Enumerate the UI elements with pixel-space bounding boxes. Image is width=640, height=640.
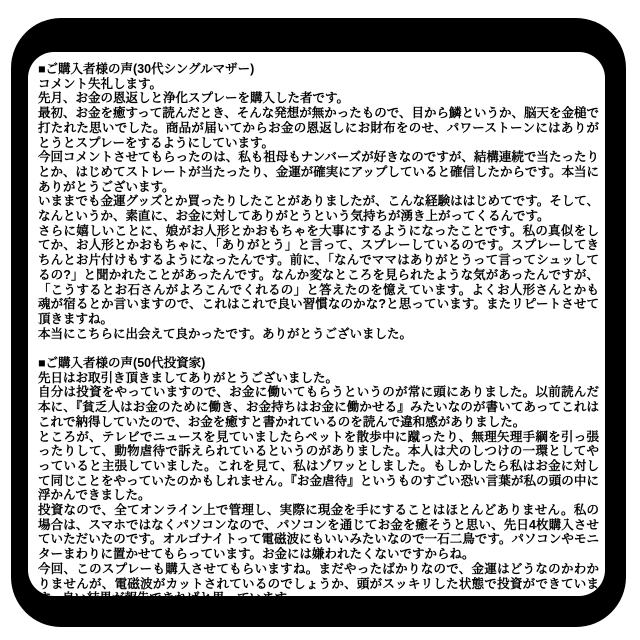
testimonial-section-single-mother: ■ご購入者様の声(30代シングルマザー) コメント失礼します。 先月、お金の恩返…	[38, 62, 599, 341]
testimonial-paragraph: いままでも金運グッズとか買ったりしたことがありましたが、こんな経験ははじめてです…	[38, 194, 599, 223]
testimonial-paragraph: 本当にこちらに出会えて良かったです。ありがとうございました。	[38, 327, 599, 342]
testimonial-paragraph: 先月、お金の恩返しと浄化スプレーを購入した者です。	[38, 91, 599, 106]
testimonial-paragraph: 今回、このスプレーも購入させてもらいますね。まだやったばかりなので、金運はどうな…	[38, 562, 599, 596]
testimonial-frame: ■ご購入者様の声(30代シングルマザー) コメント失礼します。 先月、お金の恩返…	[11, 18, 626, 627]
testimonial-paragraph: 自分は投資をやっていますので、お金に働いてもらうというのが常に頭にありました。以…	[38, 385, 599, 429]
testimonial-heading: ■ご購入者様の声(50代投資家)	[38, 356, 599, 371]
testimonial-frame-inner: ■ご購入者様の声(30代シングルマザー) コメント失礼します。 先月、お金の恩返…	[28, 52, 605, 596]
page-background: ■ご購入者様の声(30代シングルマザー) コメント失礼します。 先月、お金の恩返…	[0, 0, 640, 640]
testimonial-paragraph: 先日はお取引き頂きましてありがとうございました。	[38, 371, 599, 386]
testimonial-section-investor: ■ご購入者様の声(50代投資家) 先日はお取引き頂きましてありがとうございました…	[38, 356, 599, 596]
testimonial-paragraph: コメント失礼します。	[38, 77, 599, 92]
testimonial-heading: ■ご購入者様の声(30代シングルマザー)	[38, 62, 599, 77]
testimonial-paragraph: 最初、お金を癒すって読んだとき、そんな発想が無かったもので、目から鱗というか、脳…	[38, 106, 599, 150]
testimonial-paragraph: ところが、テレビでニュースを見ていましたらペットを散歩中に蹴ったり、無理矢理手綱…	[38, 430, 599, 504]
testimonial-paragraph: さらに嬉しいことに、娘がお人形とかおもちゃを大事にするようになったことです。私の…	[38, 224, 599, 327]
testimonial-paragraph: 投資なので、全てオンライン上で管理し、実際に現金を手にすることはほとんどありませ…	[38, 503, 599, 562]
testimonial-paragraph: 今回コメントさせてもらったのは、私も祖母もナンバーズが好きなのですが、結構連続で…	[38, 150, 599, 194]
testimonial-content: ■ご購入者様の声(30代シングルマザー) コメント失礼します。 先月、お金の恩返…	[28, 52, 605, 596]
